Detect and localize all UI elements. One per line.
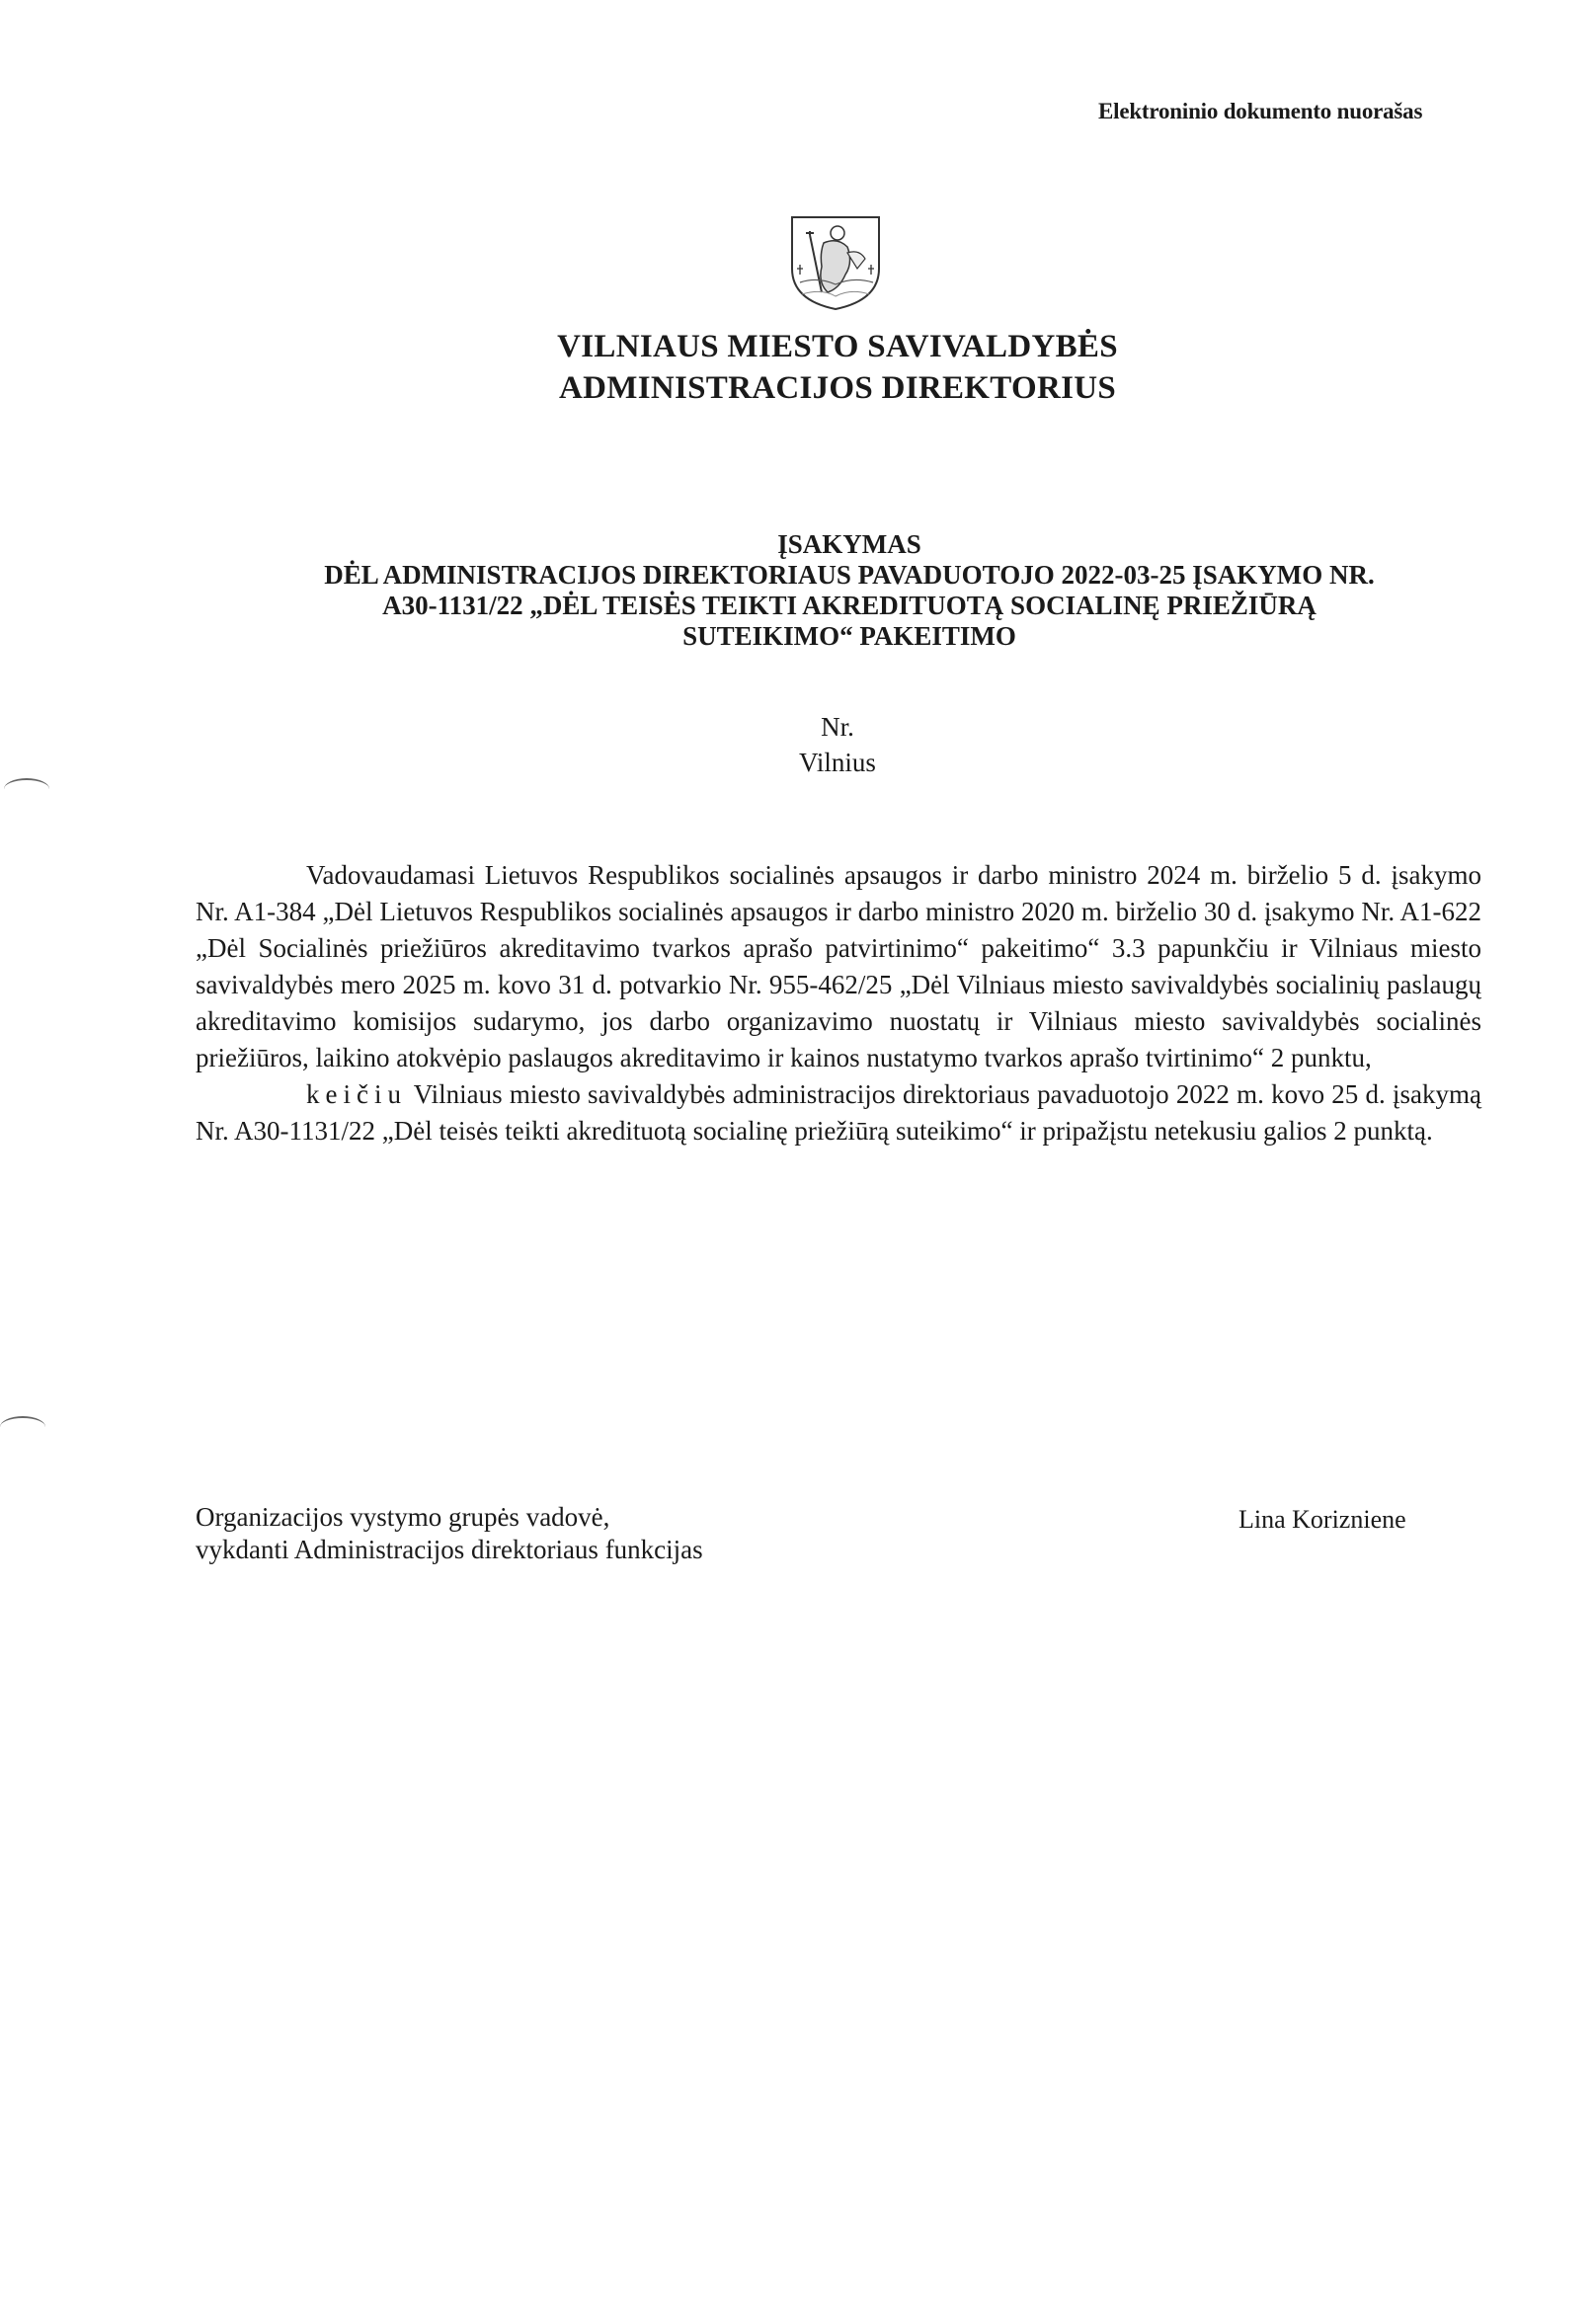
institution-name: VILNIAUS MIESTO SAVIVALDYBĖS ADMINISTRAC…	[0, 326, 1596, 409]
document-title: ĮSAKYMAS DĖL ADMINISTRACIJOS DIREKTORIAU…	[188, 529, 1511, 652]
operative-keyword: keičiu	[306, 1079, 407, 1109]
punch-hole-mark	[0, 1416, 45, 1438]
document-type: ĮSAKYMAS	[188, 529, 1511, 560]
document-place: Vilnius	[0, 745, 1596, 780]
signatory-position-line-1: Organizacijos vystymo grupės vadovė,	[196, 1501, 703, 1534]
institution-line-2: ADMINISTRACIJOS DIREKTORIUS	[0, 367, 1596, 409]
title-line-3: SUTEIKIMO“ PAKEITIMO	[188, 621, 1511, 652]
electronic-copy-label: Elektroninio dokumento nuorašas	[1098, 99, 1493, 124]
document-number: Nr.	[0, 709, 1596, 745]
signatory-position: Organizacijos vystymo grupės vadovė, vyk…	[196, 1501, 703, 1566]
signatory-position-line-2: vykdanti Administracijos direktoriaus fu…	[196, 1534, 703, 1566]
punch-hole-mark	[4, 778, 49, 800]
title-line-2: A30-1131/22 „DĖL TEISĖS TEIKTI AKREDITUO…	[188, 591, 1511, 621]
vilnius-coat-of-arms-icon	[788, 213, 883, 312]
document-body: Vadovaudamasi Lietuvos Respublikos socia…	[196, 857, 1481, 1149]
document-meta: Nr. Vilnius	[0, 709, 1596, 780]
institution-line-1: VILNIAUS MIESTO SAVIVALDYBĖS	[0, 326, 1596, 367]
signatory-name: Lina Korizniene	[1238, 1505, 1406, 1535]
title-line-1: DĖL ADMINISTRACIJOS DIREKTORIAUS PAVADUO…	[188, 560, 1511, 591]
body-paragraph-1: Vadovaudamasi Lietuvos Respublikos socia…	[196, 857, 1481, 1076]
body-paragraph-2: keičiu Vilniaus miesto savivaldybės admi…	[196, 1076, 1481, 1149]
